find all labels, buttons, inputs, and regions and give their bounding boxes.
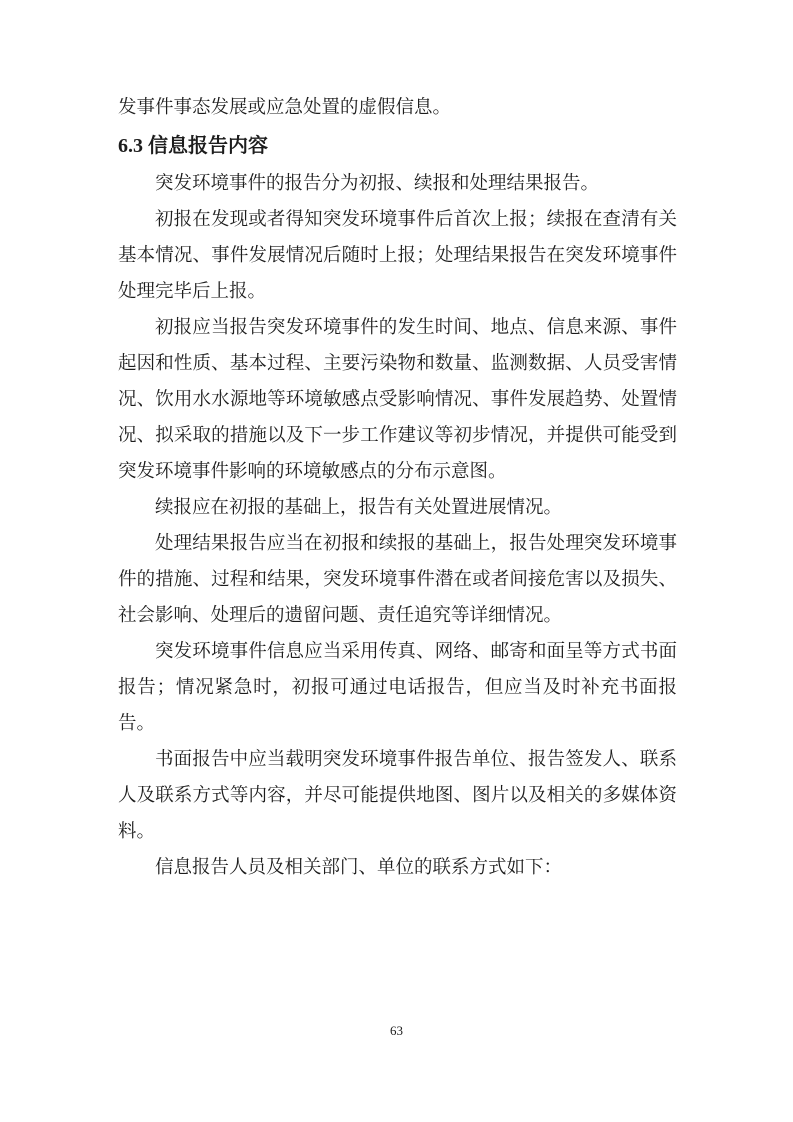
paragraph-continuation: 发事件事态发展或应急处置的虚假信息。 (118, 90, 677, 126)
paragraph-report-types: 突发环境事件的报告分为初报、续报和处理结果报告。 (118, 166, 677, 202)
page-footer: 63 (0, 1022, 793, 1040)
paragraph-initial-report-content: 初报应当报告突发环境事件的发生时间、地点、信息来源、事件起因和性质、基本过程、主… (118, 310, 677, 490)
page-number: 63 (390, 1023, 403, 1038)
paragraph-written-report-items: 书面报告中应当载明突发环境事件报告单位、报告签发人、联系人及联系方式等内容，并尽… (118, 742, 677, 850)
paragraph-report-timing: 初报在发现或者得知突发环境事件后首次上报；续报在查清有关基本情况、事件发展情况后… (118, 202, 677, 310)
paragraph-result-report: 处理结果报告应当在初报和续报的基础上，报告处理突发环境事件的措施、过程和结果，突… (118, 526, 677, 634)
page-content: 发事件事态发展或应急处置的虚假信息。 6.3 信息报告内容 突发环境事件的报告分… (118, 90, 677, 886)
paragraph-contact-info-intro: 信息报告人员及相关部门、单位的联系方式如下： (118, 850, 677, 886)
paragraph-continued-report: 续报应在初报的基础上，报告有关处置进展情况。 (118, 490, 677, 526)
document-page: 发事件事态发展或应急处置的虚假信息。 6.3 信息报告内容 突发环境事件的报告分… (0, 0, 793, 1122)
section-heading: 6.3 信息报告内容 (118, 126, 677, 166)
paragraph-report-methods: 突发环境事件信息应当采用传真、网络、邮寄和面呈等方式书面报告；情况紧急时，初报可… (118, 634, 677, 742)
